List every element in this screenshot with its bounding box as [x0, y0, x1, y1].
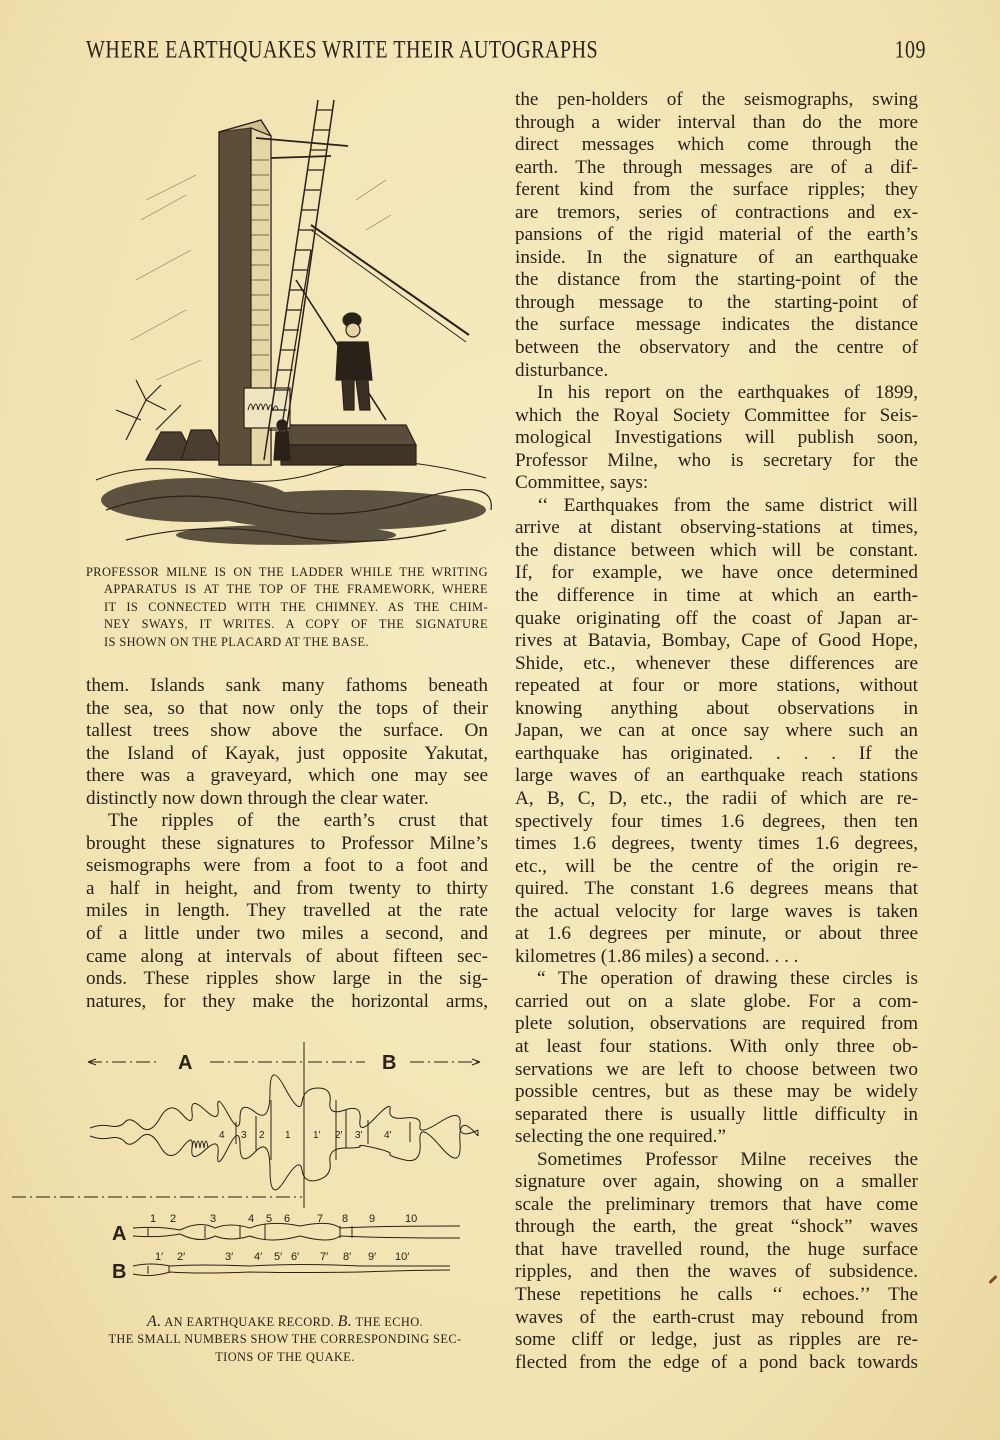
text-line: Professor Milne, who is secretary for th…: [515, 450, 918, 473]
caption-line: IS SHOWN ON THE PLACARD AT THE BASE.: [86, 634, 488, 651]
text-line: earth. The through messages are of a dif…: [515, 157, 918, 180]
right-text-column: the pen-holders of the seismographs, swi…: [515, 89, 918, 1374]
text-line: possible centres, but as these may be wi…: [515, 1081, 918, 1104]
text-line: the difference in time at which an earth…: [515, 585, 918, 608]
text-line: scale the preliminary tremors that have …: [515, 1194, 918, 1217]
text-line: natures, for they make the horizontal ar…: [86, 991, 488, 1014]
text-line: the distance between which will be const…: [515, 540, 918, 563]
strip-number: 4: [248, 1213, 254, 1225]
section-label: 3: [241, 1130, 247, 1141]
strip-number: 5′: [274, 1251, 282, 1263]
diagram-label-a: A: [178, 1052, 192, 1074]
caption-line: PROFESSOR MILNE IS ON THE LADDER WHILE T…: [86, 564, 488, 581]
text-line: miles in length. They travelled at the r…: [86, 900, 488, 923]
paper-blemish: [988, 1275, 997, 1284]
text-line: distinctly now down through the clear wa…: [86, 788, 488, 811]
figure2-caption: A. AN EARTHQUAKE RECORD. B. THE ECHO. TH…: [80, 1313, 490, 1366]
strip-number: 3′: [225, 1251, 233, 1263]
strip-number: 6: [284, 1213, 290, 1225]
text-line: that have travelled round, the huge surf…: [515, 1239, 918, 1262]
text-line: separated there is usually little diffic…: [515, 1104, 918, 1127]
text-line: etc., will be the centre of the origin r…: [515, 856, 918, 879]
text-line: quake originating off the coast of Japan…: [515, 608, 918, 631]
strip-number: 4′: [254, 1251, 262, 1263]
section-label: 4: [219, 1130, 225, 1141]
text-line: the actual velocity for large waves is t…: [515, 901, 918, 924]
caption-line: THE SMALL NUMBERS SHOW THE CORRESPONDING…: [80, 1331, 490, 1348]
text-line: quired. The constant 1.6 degrees means t…: [515, 878, 918, 901]
strip-b-label: B: [112, 1261, 126, 1283]
text-line: seismographs were from a foot to a foot …: [86, 855, 488, 878]
text-line: through the earth, the great “shock” wav…: [515, 1216, 918, 1239]
section-label: 1: [285, 1130, 291, 1141]
text-line: large waves of an earthquake reach stati…: [515, 765, 918, 788]
text-line: Shide, etc., whenever these differences …: [515, 653, 918, 676]
text-line: knowing anything about observations in: [515, 698, 918, 721]
caption-line: NEY SWAYS, IT WRITES. A COPY OF THE SIGN…: [86, 616, 488, 633]
text-line: which the Royal Society Committee for Se…: [515, 405, 918, 428]
strip-number: 1′: [155, 1251, 163, 1263]
text-line: A, B, C, D, etc., the radii of which are…: [515, 788, 918, 811]
text-line: ferent kind from the surface ripples; th…: [515, 179, 918, 202]
strip-number: 2′: [177, 1251, 185, 1263]
text-line: through message to the starting-point of: [515, 292, 918, 315]
earthquake-record-figure: A B 4 3 2 1 1′ 2′ 3′ 4′ A B 1: [0, 1030, 500, 1315]
running-title: WHERE EARTHQUAKES WRITE THEIR AUTOGRAPHS: [86, 36, 598, 65]
section-label: 2: [259, 1130, 265, 1141]
text-line: In his report on the earthquakes of 1899…: [515, 382, 918, 405]
text-line: the Island of Kayak, just opposite Yakut…: [86, 743, 488, 766]
text-line: servations we are left to choose between…: [515, 1059, 918, 1082]
text-line: ripples, and then the waves of subsidenc…: [515, 1261, 918, 1284]
section-label: 1′: [313, 1130, 321, 1141]
strip-number: 10′: [395, 1251, 409, 1263]
text-line: disturbance.: [515, 360, 918, 383]
strip-number: 8′: [343, 1251, 351, 1263]
text-line: plete solution, observations are require…: [515, 1013, 918, 1036]
caption-letter-b: B.: [338, 1313, 353, 1330]
text-line: the distance from the starting-point of …: [515, 269, 918, 292]
text-line: selecting the one required.”: [515, 1126, 918, 1149]
caption-letter-a: A.: [147, 1313, 162, 1330]
text-line: kilometres (1.86 miles) a second. . . .: [515, 946, 918, 969]
text-line: flected from the edge of a pond back tow…: [515, 1352, 918, 1375]
strip-number: 3: [210, 1213, 216, 1225]
text-line: direct messages which come through the: [515, 134, 918, 157]
strip-number: 10: [405, 1213, 417, 1225]
caption-line: TIONS OF THE QUAKE.: [80, 1349, 490, 1366]
text-line: carried out on a slate globe. For a com-: [515, 991, 918, 1014]
caption-text-b: THE ECHO.: [352, 1315, 423, 1329]
text-line: the surface message indicates the distan…: [515, 314, 918, 337]
text-line: are tremors, series of contractions and …: [515, 202, 918, 225]
strip-number: 9: [369, 1213, 375, 1225]
strip-a-label: A: [112, 1223, 126, 1245]
text-line: pansions of the rigid material of the ea…: [515, 224, 918, 247]
text-line: brought these signatures to Professor Mi…: [86, 833, 488, 856]
text-line: of a little under two miles a second, an…: [86, 923, 488, 946]
text-line: Committee, says:: [515, 472, 918, 495]
text-line: arrive at distant observing-stations at …: [515, 517, 918, 540]
text-line: mological Investigations will publish so…: [515, 427, 918, 450]
text-line: the sea, so that now only the tops of th…: [86, 698, 488, 721]
text-line: rives at Batavia, Bombay, Cape of Good H…: [515, 630, 918, 653]
text-line: The ripples of the earth’s crust that: [86, 810, 488, 833]
text-line: at 1.6 degrees per minute, or about thre…: [515, 923, 918, 946]
text-line: signature over again, showing on a small…: [515, 1171, 918, 1194]
text-line: Sometimes Professor Milne receives the: [515, 1149, 918, 1172]
text-line: times 1.6 degrees, twenty times 1.6 degr…: [515, 833, 918, 856]
strip-number: 8: [342, 1213, 348, 1225]
page-number: 109: [895, 36, 927, 65]
text-line: some cliff or ledge, just as ripples are…: [515, 1329, 918, 1352]
earthquake-record-diagram: A B 4 3 2 1 1′ 2′ 3′ 4′ A B 1: [0, 1030, 500, 1315]
strip-number: 6′: [291, 1251, 299, 1263]
text-line: onds. These ripples show large in the si…: [86, 968, 488, 991]
text-line: repeated at four or more stations, witho…: [515, 675, 918, 698]
strip-number: 7: [317, 1213, 323, 1225]
text-line: tallest trees show above the surface. On: [86, 720, 488, 743]
text-line: If, for example, we have once determined: [515, 562, 918, 585]
text-line: Japan, we can at once say where such an: [515, 720, 918, 743]
left-text-column: them. Islands sank many fathoms beneath …: [86, 675, 488, 1013]
strip-number: 1: [150, 1213, 156, 1225]
strip-number: 7′: [320, 1251, 328, 1263]
text-line: there was a graveyard, which one may see: [86, 765, 488, 788]
section-label: 2′: [335, 1130, 343, 1141]
caption-line: A. AN EARTHQUAKE RECORD. B. THE ECHO.: [80, 1313, 490, 1331]
text-line: earthquake has originated. . . . If the: [515, 743, 918, 766]
text-line: a half in height, and from twenty to thi…: [86, 878, 488, 901]
text-line: waves of the earth-crust may rebound fro…: [515, 1307, 918, 1330]
strip-number: 9′: [368, 1251, 376, 1263]
text-line: inside. In the signature of an earthquak…: [515, 247, 918, 270]
text-line: between the observatory and the centre o…: [515, 337, 918, 360]
caption-line: IT IS CONNECTED WITH THE CHIMNEY. AS THE…: [86, 599, 488, 616]
caption-line: APPARATUS IS AT THE TOP OF THE FRAMEWORK…: [86, 581, 488, 598]
section-label: 4′: [384, 1130, 392, 1141]
text-line: them. Islands sank many fathoms beneath: [86, 675, 488, 698]
text-line: the pen-holders of the seismographs, swi…: [515, 89, 918, 112]
text-line: came along at intervals of about fifteen…: [86, 946, 488, 969]
text-line: These repetitions he calls ‘‘ echoes.’’ …: [515, 1284, 918, 1307]
text-line: spectively four times 1.6 degrees, then …: [515, 811, 918, 834]
section-label: 3′: [355, 1130, 363, 1141]
diagram-label-b: B: [382, 1052, 396, 1074]
strip-number: 5: [266, 1213, 272, 1225]
text-line: ‘‘ Earthquakes from the same district wi…: [515, 495, 918, 518]
caption-text-a: AN EARTHQUAKE RECORD.: [162, 1315, 338, 1329]
strip-number: 2: [170, 1213, 176, 1225]
text-line: at least four stations. With only three …: [515, 1036, 918, 1059]
chimney-illustration-icon: [86, 80, 496, 555]
figure1-caption: PROFESSOR MILNE IS ON THE LADDER WHILE T…: [86, 564, 488, 651]
chimney-engraving-figure: [86, 80, 496, 555]
text-line: through a wider interval than do the mor…: [515, 112, 918, 135]
text-line: “ The operation of drawing these circles…: [515, 968, 918, 991]
